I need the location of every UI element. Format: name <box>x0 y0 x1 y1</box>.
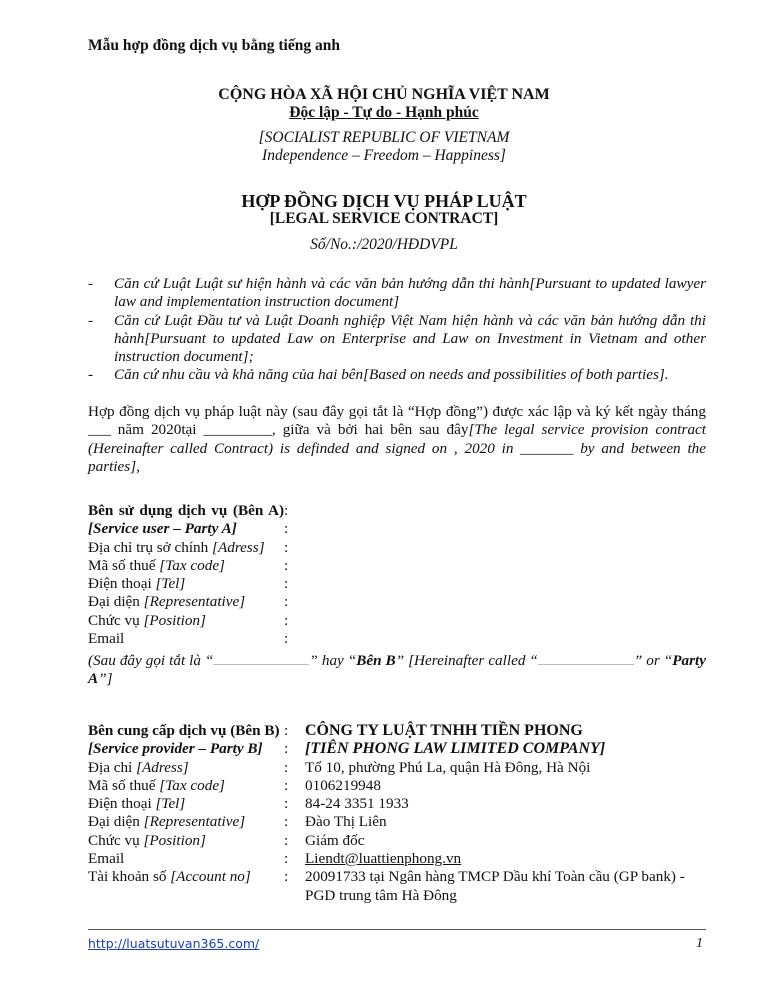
motto: Độc lập - Tự do - Hạnh phúc <box>0 104 768 122</box>
party-b-rep-row: Đại diện [Representative]:Đào Thị Liên <box>88 813 708 831</box>
top-title: Mẫu hợp đồng dịch vụ bằng tiếng anh <box>88 37 340 55</box>
legal-basis-list: -Căn cứ Luật Luật sư hiện hành và các vă… <box>88 275 706 385</box>
party-b-heading-row: Bên cung cấp dịch vụ (Bên B)[Service pro… <box>88 722 708 759</box>
field-value: Tổ 10, phường Phú La, quận Hà Đông, Hà N… <box>305 759 708 777</box>
company-name: CÔNG TY LUẬT TNHH TIỀN PHONG <box>305 722 708 740</box>
field-value: Giám đốc <box>305 832 708 850</box>
field-value: 20091733 tại Ngân hàng TMCP Dầu khí Toàn… <box>305 868 708 905</box>
nation-header-en: [SOCIALIST REPUBLIC OF VIETNAM Independe… <box>0 129 768 165</box>
party-a-heading: Bên sử dụng dịch vụ (Bên A) <box>88 502 284 519</box>
list-item: -Căn cứ Luật Luật sư hiện hành và các vă… <box>88 275 706 312</box>
field-value <box>305 557 708 575</box>
company-name-en: [TIÊN PHONG LAW LIMITED COMPANY] <box>305 740 708 758</box>
field-value: 84-24 3351 1933 <box>305 795 708 813</box>
party-a-rep-row: Đại diện [Representative]: <box>88 593 708 611</box>
party-a-position-row: Chức vụ [Position]: <box>88 612 708 630</box>
party-b-tax-row: Mã số thuế [Tax code]:0106219948 <box>88 777 708 795</box>
bullet-dash: - <box>88 312 114 367</box>
contract-number: Số/No.:/2020/HĐDVPL <box>0 236 768 254</box>
party-a-note: (Sau đây gọi tắt là “” hay “Bên B” [Here… <box>88 652 706 689</box>
party-b-address-row: Địa chỉ [Adress]:Tổ 10, phường Phú La, q… <box>88 759 708 777</box>
field-value <box>305 539 708 557</box>
list-item: -Căn cứ Luật Đầu tư và Luật Doanh nghiệp… <box>88 312 706 367</box>
party-b-section: Bên cung cấp dịch vụ (Bên B)[Service pro… <box>88 722 708 905</box>
field-value <box>305 612 708 630</box>
email-link[interactable]: Liendt@luattienphong.vn <box>305 850 708 868</box>
field-value: 0106219948 <box>305 777 708 795</box>
party-b-heading-en: [Service provider – Party B] <box>88 740 263 757</box>
contract-title-en: [LEGAL SERVICE CONTRACT] <box>0 210 768 228</box>
field-value <box>305 593 708 611</box>
motto-en: Independence – Freedom – Happiness] <box>0 147 768 165</box>
nation-en: [SOCIALIST REPUBLIC OF VIETNAM <box>0 129 768 147</box>
party-a-address-row: Địa chỉ trụ sở chính [Adress]: <box>88 539 708 557</box>
party-a-heading-en: [Service user – Party A] <box>88 520 237 537</box>
party-b-account-row: Tài khoản số [Account no]:20091733 tại N… <box>88 868 708 905</box>
party-b-position-row: Chức vụ [Position]:Giám đốc <box>88 832 708 850</box>
footer-divider <box>88 929 706 930</box>
party-a-heading-row: Bên sử dụng dịch vụ (Bên A)[Service user… <box>88 502 708 539</box>
party-a-section: Bên sử dụng dịch vụ (Bên A)[Service user… <box>88 502 708 648</box>
party-a-tel-row: Điện thoại [Tel]: <box>88 575 708 593</box>
footer-website-link[interactable]: http://luatsutuvan365.com/ <box>88 936 259 951</box>
party-b-tel-row: Điện thoại [Tel]:84-24 3351 1933 <box>88 795 708 813</box>
bullet-dash: - <box>88 275 114 312</box>
field-value <box>305 630 708 648</box>
nation-header: CỘNG HÒA XÃ HỘI CHỦ NGHĨA VIỆT NAM <box>0 86 768 104</box>
party-a-email-row: Email: <box>88 630 708 648</box>
intro-paragraph: Hợp đồng dịch vụ pháp luật này (sau đây … <box>88 403 706 476</box>
contract-title: HỢP ĐỒNG DỊCH VỤ PHÁP LUẬT <box>0 191 768 212</box>
field-value: Đào Thị Liên <box>305 813 708 831</box>
list-item: -Căn cứ nhu cầu và khả năng của hai bên[… <box>88 366 706 384</box>
field-value <box>305 575 708 593</box>
page-number: 1 <box>696 936 703 952</box>
bullet-dash: - <box>88 366 114 384</box>
party-b-email-row: Email:Liendt@luattienphong.vn <box>88 850 708 868</box>
party-b-heading: Bên cung cấp dịch vụ (Bên B) <box>88 722 280 739</box>
party-a-tax-row: Mã số thuế [Tax code]: <box>88 557 708 575</box>
